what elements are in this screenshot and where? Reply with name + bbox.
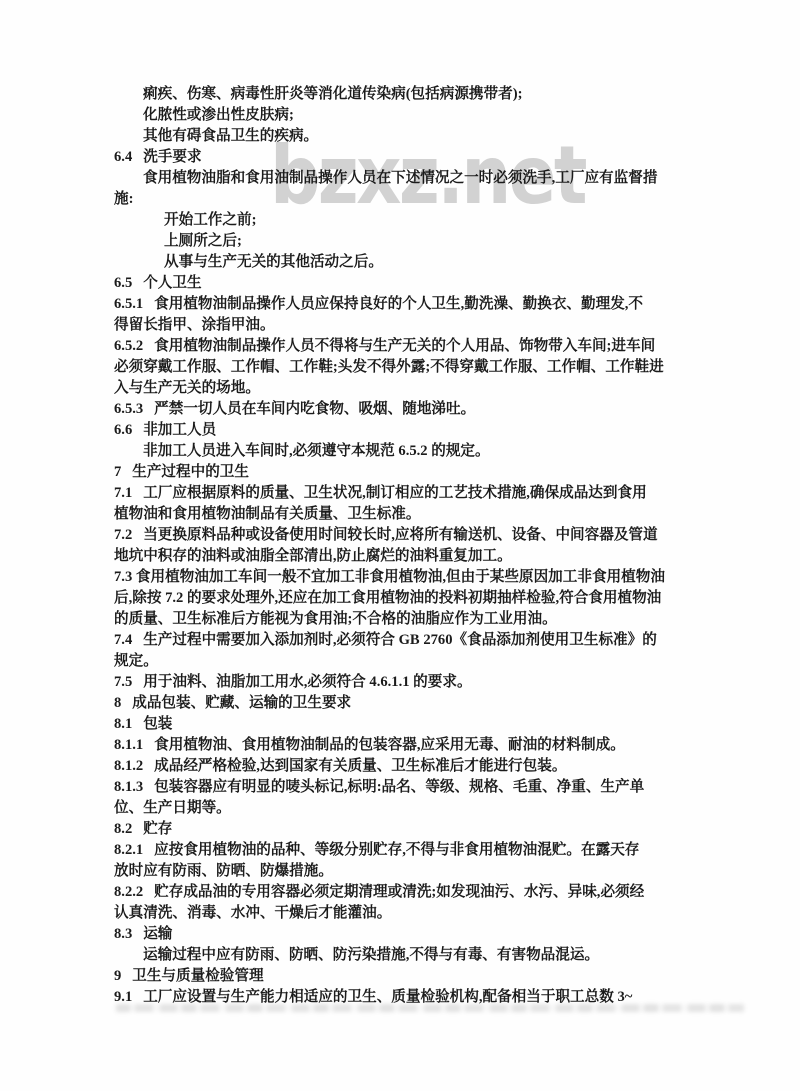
document-line: 位、生产日期等。 [0,798,800,819]
document-line: 入与生产无关的场地。 [0,378,800,399]
document-page: bzxz.net 痢疾、伤寒、病毒性肝炎等消化道传染病(包括病源携带者);化脓性… [0,0,800,1091]
document-line: 得留长指甲、涂指甲油。 [0,315,800,336]
document-line: 8.1.1 食用植物油、食用植物油制品的包装容器,应采用无毒、耐油的材料制成。 [0,735,800,756]
document-line: 8.2.1 应按食用植物油的品种、等级分别贮存,不得与非食用植物油混贮。在露天存 [0,840,800,861]
document-line: 6.5.2 食用植物油制品操作人员不得将与生产无关的个人用品、饰物带入车间;进车… [0,336,800,357]
document-line: 7.2 当更换原料品种或设备使用时间较长时,应将所有输送机、设备、中间容器及管道 [0,525,800,546]
document-line: 6.5.1 食用植物油制品操作人员应保持良好的个人卫生,勤洗澡、勤换衣、勤理发,… [0,294,800,315]
document-line: 6.5 个人卫生 [0,273,800,294]
document-line: 规定。 [0,651,800,672]
document-line: 必须穿戴工作服、工作帽、工作鞋;头发不得外露;不得穿戴工作服、工作帽、工作鞋进 [0,357,800,378]
document-line: 8.1 包装 [0,714,800,735]
document-line: 运输过程中应有防雨、防晒、防污染措施,不得与有毒、有害物品混运。 [0,945,800,966]
document-line: 施: [0,189,800,210]
document-line: 7 生产过程中的卫生 [0,462,800,483]
document-line: 9 卫生与质量检验管理 [0,966,800,987]
document-line: 8.1.2 成品经严格检验,达到国家有关质量、卫生标准后才能进行包装。 [0,756,800,777]
document-line: 6.6 非加工人员 [0,420,800,441]
document-line: 7.5 用于油料、油脂加工用水,必须符合 4.6.1.1 的要求。 [0,672,800,693]
document-line: 认真清洗、消毒、水冲、干燥后才能灌油。 [0,903,800,924]
document-line: 7.3 食用植物油加工车间一般不宜加工非食用植物油,但由于某些原因加工非食用植物… [0,567,800,588]
document-text: 痢疾、伤寒、病毒性肝炎等消化道传染病(包括病源携带者);化脓性或渗出性皮肤病;其… [0,84,800,1008]
document-line: 6.4 洗手要求 [0,147,800,168]
document-line: 8.1.3 包装容器应有明显的唛头标记,标明:品名、等级、规格、毛重、净重、生产… [0,777,800,798]
document-line: 上厕所之后; [0,231,800,252]
document-line: 开始工作之前; [0,210,800,231]
document-line: 地坑中积存的油料或油脂全部清出,防止腐烂的油料重复加工。 [0,546,800,567]
document-line: 非加工人员进入车间时,必须遵守本规范 6.5.2 的规定。 [0,441,800,462]
document-line: 植物油和食用植物油制品有关质量、卫生标准。 [0,504,800,525]
document-line: 后,除按 7.2 的要求处理外,还应在加工食用植物油的投料初期抽样检验,符合食用… [0,588,800,609]
document-line: 痢疾、伤寒、病毒性肝炎等消化道传染病(包括病源携带者); [0,84,800,105]
document-line: 其他有碍食品卫生的疾病。 [0,126,800,147]
document-line: 8 成品包装、贮藏、运输的卫生要求 [0,693,800,714]
document-line: 8.2 贮存 [0,819,800,840]
document-line: 的质量、卫生标准后方能视为食用油;不合格的油脂应作为工业用油。 [0,609,800,630]
document-line: 9.1 工厂应设置与生产能力相适应的卫生、质量检验机构,配备相当于职工总数 3~ [0,987,800,1008]
document-line: 食用植物油脂和食用油制品操作人员在下述情况之一时必须洗手,工厂应有监督措 [0,168,800,189]
document-line: 8.3 运输 [0,924,800,945]
document-line: 放时应有防雨、防晒、防爆措施。 [0,861,800,882]
document-line: 6.5.3 严禁一切人员在车间内吃食物、吸烟、随地涕吐。 [0,399,800,420]
document-line: 8.2.2 贮存成品油的专用容器必须定期清理或清洗;如发现油污、水污、异味,必须… [0,882,800,903]
document-line: 7.1 工厂应根据原料的质量、卫生状况,制订相应的工艺技术措施,确保成品达到食用 [0,483,800,504]
document-line: 7.4 生产过程中需要加入添加剂时,必须符合 GB 2760《食品添加剂使用卫生… [0,630,800,651]
document-line: 化脓性或渗出性皮肤病; [0,105,800,126]
document-line: 从事与生产无关的其他活动之后。 [0,252,800,273]
